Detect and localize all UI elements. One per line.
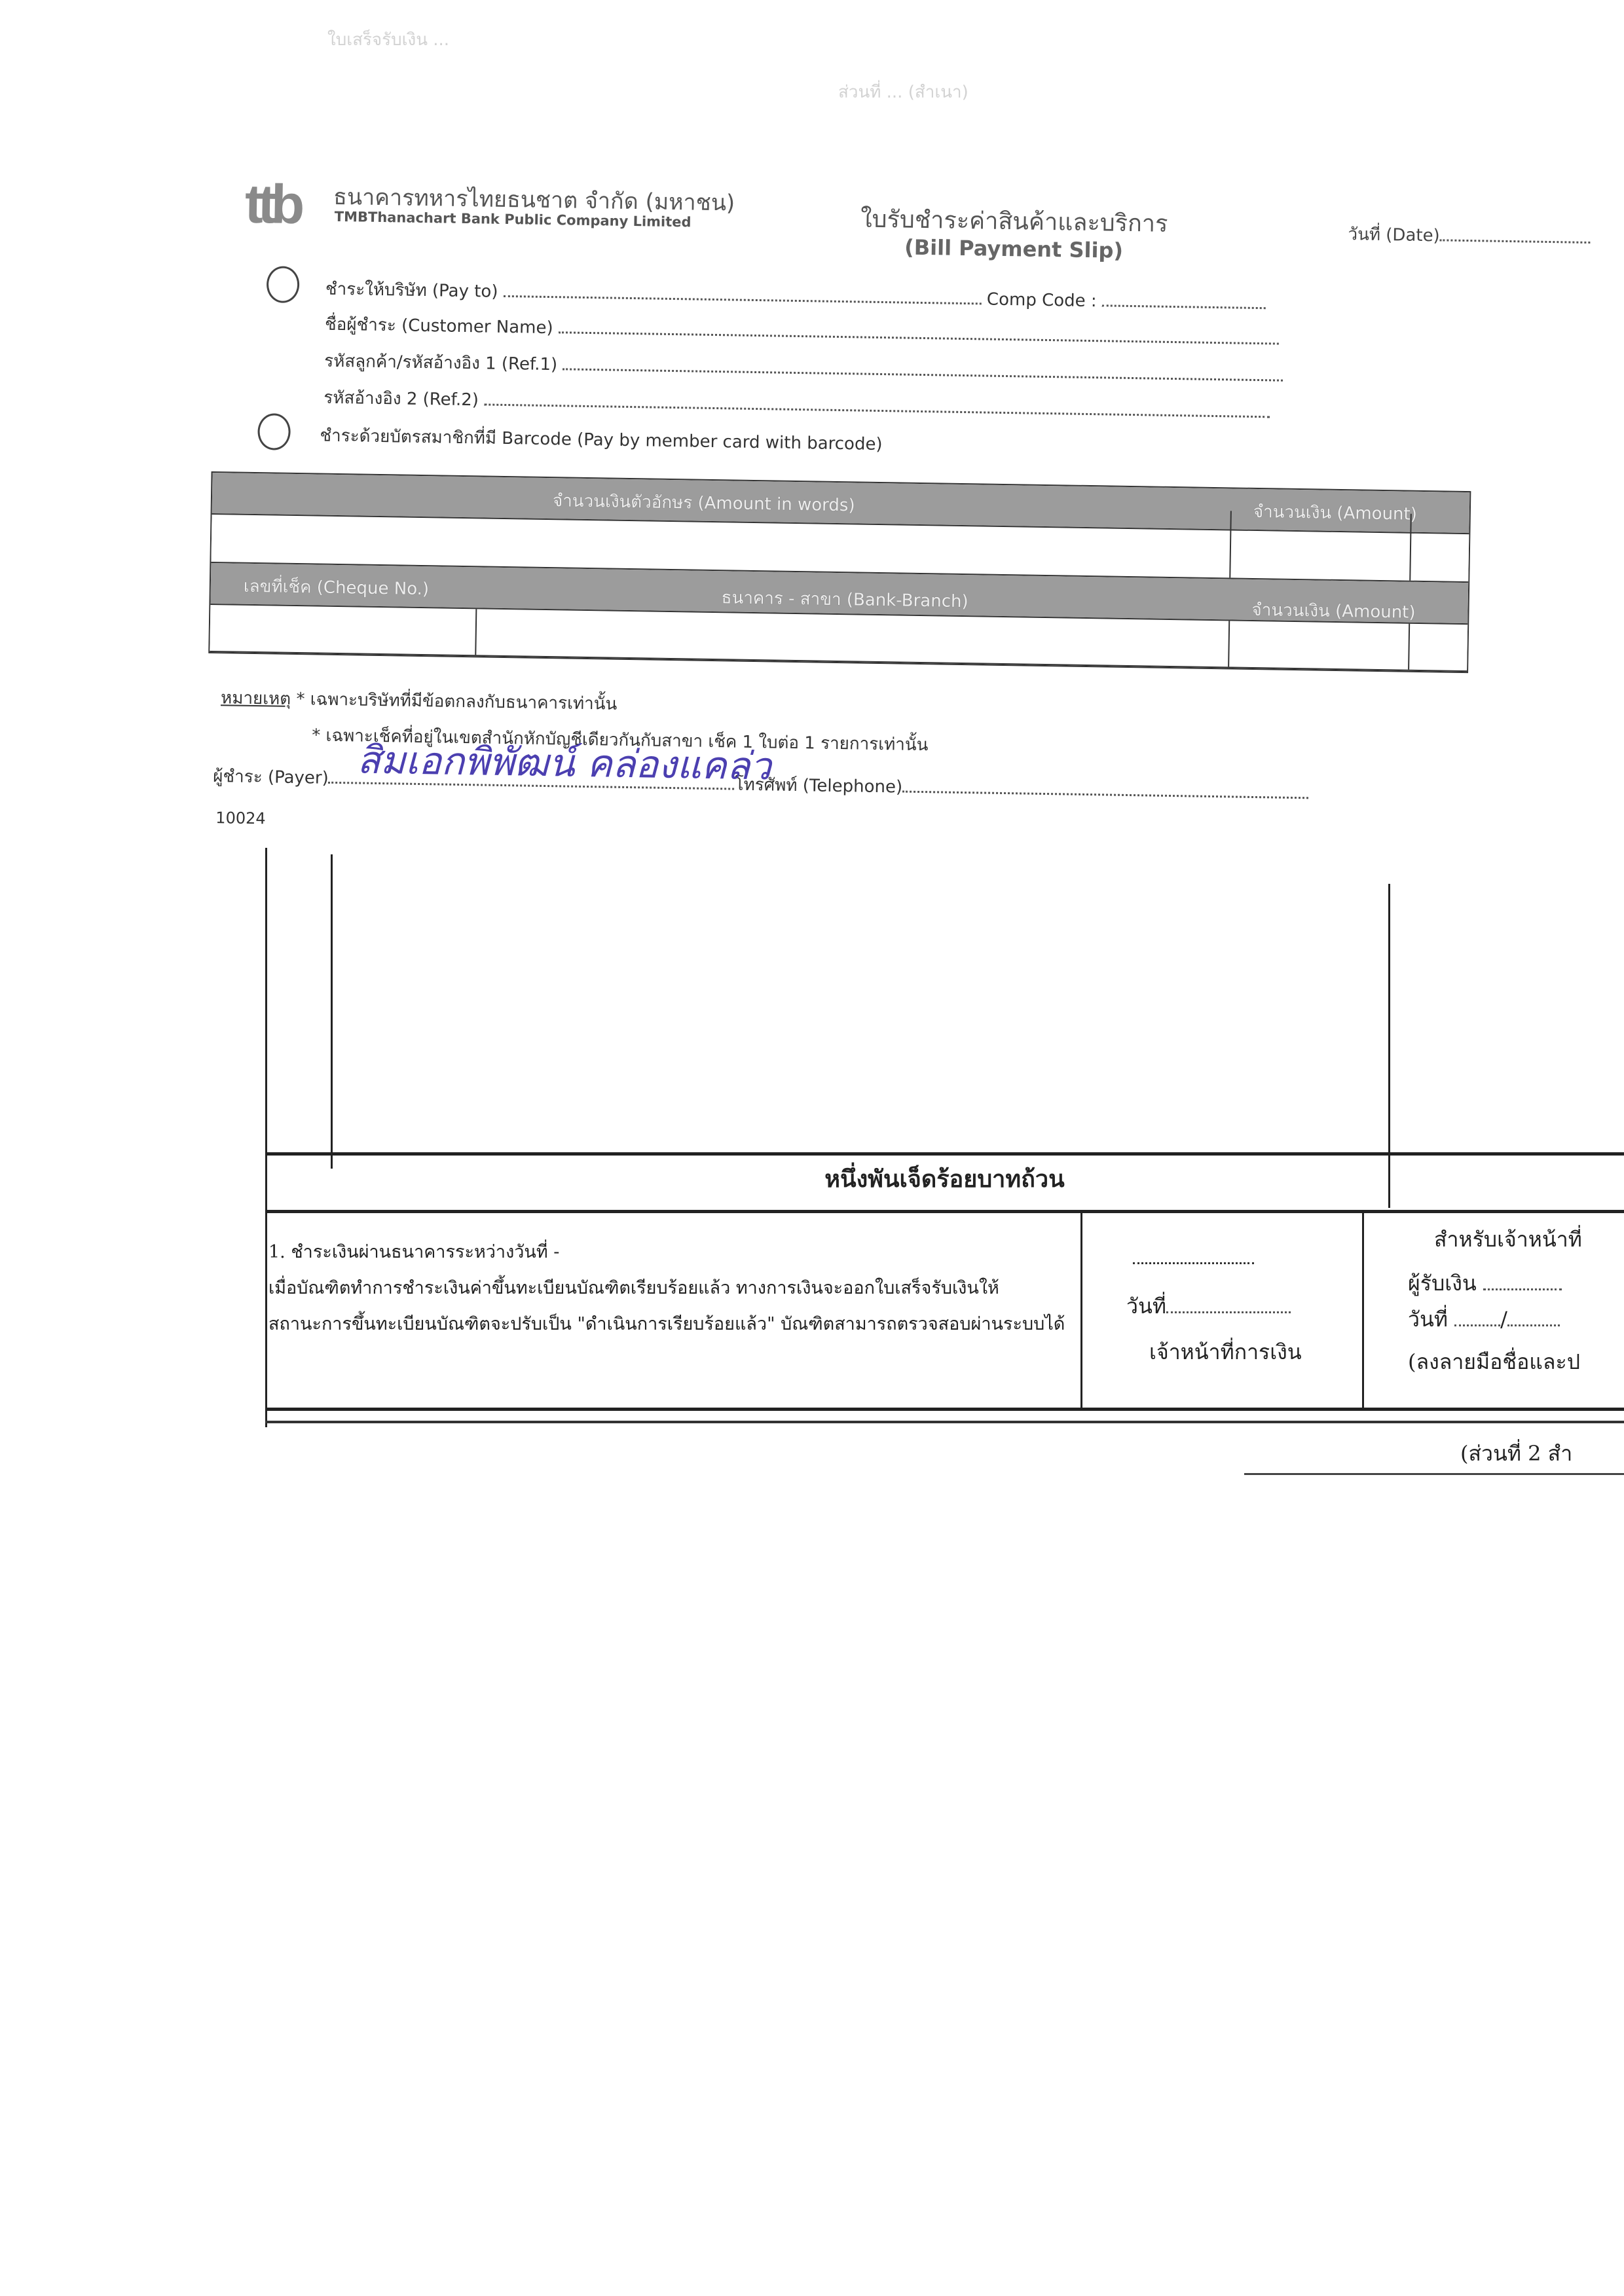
amount-in-words-value: หนึ่งพันเจ็ดร้อยบาทถ้วน bbox=[265, 1160, 1624, 1197]
note-1: หมายเหตุ * เฉพาะบริษัทที่มีข้อตกลงกับธนา… bbox=[221, 684, 618, 718]
form-code: 10024 bbox=[215, 809, 266, 828]
divider bbox=[265, 1152, 1624, 1156]
faint-header-line-2: ส่วนที่ ... (สำเนา) bbox=[838, 79, 969, 105]
divider bbox=[265, 1210, 1624, 1213]
date-field[interactable]: วันที่ (Date) bbox=[1348, 221, 1591, 251]
officer-sign-note: (ลงลายมือชื่อและป bbox=[1408, 1345, 1580, 1379]
note-label: หมายเหตุ bbox=[221, 688, 291, 709]
member-card-radio[interactable] bbox=[257, 413, 291, 450]
officer-header: สำหรับเจ้าหน้าที่ bbox=[1434, 1223, 1582, 1256]
slip-subtitle: (Bill Payment Slip) bbox=[857, 234, 1172, 264]
officer-date-label: วันที่ bbox=[1408, 1307, 1448, 1332]
ttb-logo: ttb bbox=[244, 176, 300, 232]
member-card-label: ชำระด้วยบัตรสมาชิกที่มี Barcode (Pay by … bbox=[320, 422, 883, 458]
comp-code-label: Comp Code : bbox=[987, 290, 1097, 312]
payer-handwritten-name: สิมเอกพิพัฒน์ คล่องแคล่ว bbox=[357, 729, 772, 797]
pay-to-label: ชำระให้บริษัท (Pay to) bbox=[325, 280, 498, 302]
pay-to-field[interactable]: ชำระให้บริษัท (Pay to) Comp Code : bbox=[325, 276, 1386, 319]
amount-in-words-header: จำนวนเงินตัวอักษร (Amount in words) bbox=[553, 487, 855, 519]
receiver-label: ผู้รับเงิน bbox=[1408, 1271, 1477, 1296]
receiver-field[interactable]: ผู้รับเงิน bbox=[1408, 1267, 1562, 1300]
faint-header-line-1: ใบเสร็จรับเงิน ... bbox=[327, 26, 449, 53]
amount-table: จำนวนเงินตัวอักษร (Amount in words) จำนว… bbox=[208, 471, 1471, 673]
instruction-1: 1. ชำระเงินผ่านธนาคารระหว่างวันที่ - bbox=[268, 1237, 559, 1266]
ref1-field[interactable]: รหัสลูกค้า/รหัสอ้างอิง 1 (Ref.1) bbox=[324, 348, 1385, 391]
finance-signature-line[interactable] bbox=[1133, 1262, 1254, 1264]
part-label: (ส่วนที่ 2 สำ bbox=[1460, 1437, 1572, 1470]
bill-payment-slip: ttb ธนาคารทหารไทยธนชาต จำกัด (มหาชน) TMB… bbox=[206, 164, 1500, 865]
ref1-label: รหัสลูกค้า/รหัสอ้างอิง 1 (Ref.1) bbox=[324, 352, 557, 375]
customer-name-field[interactable]: ชื่อผู้ชำระ (Customer Name) bbox=[325, 311, 1386, 354]
note-1-text: * เฉพาะบริษัทที่มีข้อตกลงกับธนาคารเท่านั… bbox=[296, 689, 617, 714]
finance-officer-label: เจ้าหน้าที่การเงิน bbox=[1149, 1336, 1302, 1369]
instruction-3: สถานะการขึ้นทะเบียนบัณฑิตจะปรับเป็น "ดำเ… bbox=[268, 1309, 1065, 1338]
cheque-no-header: เลขที่เช็ค (Cheque No.) bbox=[244, 573, 430, 602]
customer-name-label: ชื่อผู้ชำระ (Customer Name) bbox=[325, 315, 553, 338]
bank-branch-header: ธนาคาร - สาขา (Bank-Branch) bbox=[721, 584, 969, 615]
finance-date-field[interactable]: วันที่ bbox=[1126, 1290, 1291, 1323]
instruction-2: เมื่อบัณฑิตทำการชำระเงินค่าขึ้นทะเบียนบั… bbox=[268, 1273, 999, 1302]
ref2-label: รหัสอ้างอิง 2 (Ref.2) bbox=[323, 388, 479, 410]
payer-label: ผู้ชำระ (Payer) bbox=[213, 767, 329, 788]
pay-to-radio[interactable] bbox=[267, 266, 300, 303]
ref2-field[interactable]: รหัสอ้างอิง 2 (Ref.2) bbox=[323, 384, 1384, 428]
finance-date-label: วันที่ bbox=[1126, 1294, 1166, 1319]
officer-date-field[interactable]: วันที่ / bbox=[1408, 1303, 1560, 1336]
amount-header: จำนวนเงิน (Amount) bbox=[1253, 498, 1418, 528]
date-label: วันที่ (Date) bbox=[1348, 225, 1440, 246]
